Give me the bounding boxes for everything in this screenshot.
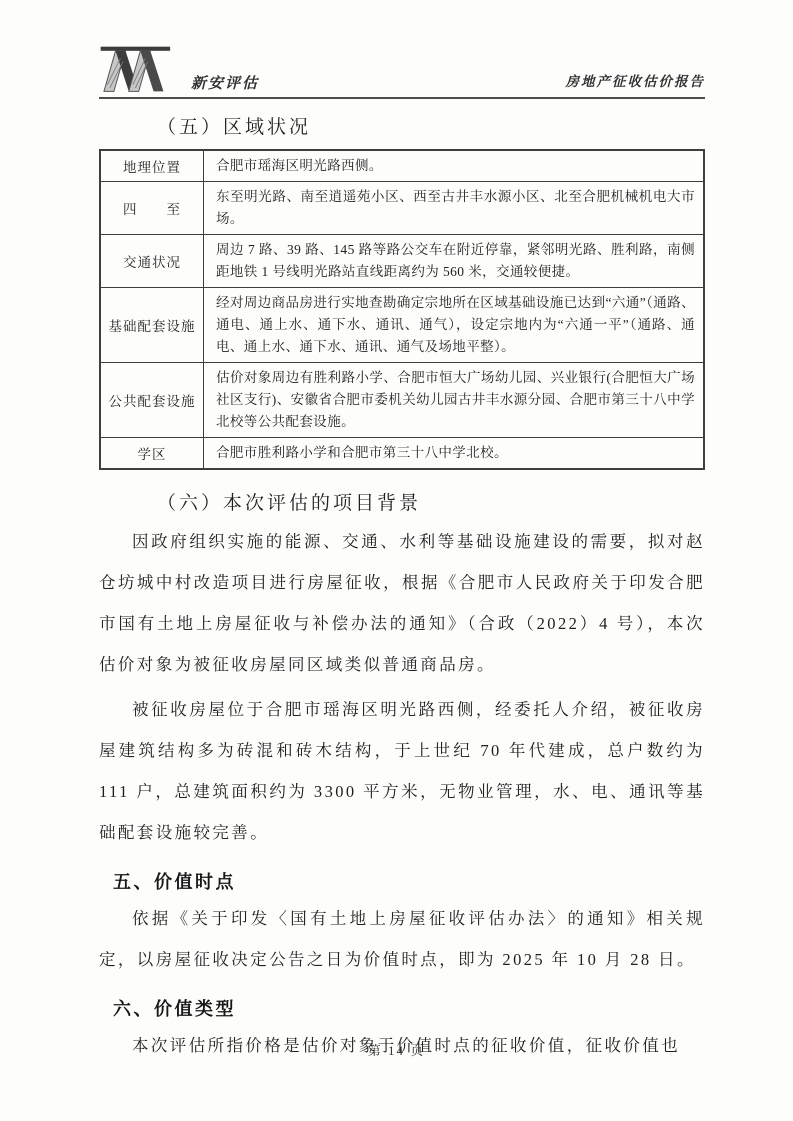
background-paragraph-1: 因政府组织实施的能源、交通、水利等基础设施建设的需要，拟对赵仓坊城中村改造项目进… xyxy=(99,521,705,685)
table-row: 地理位置 合肥市瑶海区明光路西侧。 xyxy=(101,151,703,181)
section-title-value-date: 五、价值时点 xyxy=(113,868,705,894)
table-row: 交通状况 周边 7 路、39 路、145 路等路公交车在附近停靠，紧邻明光路、胜… xyxy=(101,234,703,287)
row-label: 基础配套设施 xyxy=(101,288,204,362)
region-table: 地理位置 合肥市瑶海区明光路西侧。 四 至 东至明光路、南至逍遥苑小区、西至古井… xyxy=(99,149,705,470)
row-content: 合肥市胜利路小学和合肥市第三十八中学北校。 xyxy=(204,438,703,468)
table-row: 四 至 东至明光路、南至逍遥苑小区、西至古井丰水源小区、北至合肥机械机电大市场。 xyxy=(101,181,703,234)
page-content: 新安评估 房地产征收估价报告 （五）区域状况 地理位置 合肥市瑶海区明光路西侧。… xyxy=(99,44,705,1066)
table-row: 公共配套设施 估价对象周边有胜利路小学、合肥市恒大广场幼儿园、兴业银行(合肥恒大… xyxy=(101,362,703,437)
section-title-region: （五）区域状况 xyxy=(157,112,705,139)
row-content: 周边 7 路、39 路、145 路等路公交车在附近停靠，紧邻明光路、胜利路，南侧… xyxy=(204,235,703,287)
section-title-background: （六）本次评估的项目背景 xyxy=(157,488,705,515)
report-page: 新安评估 房地产征收估价报告 （五）区域状况 地理位置 合肥市瑶海区明光路西侧。… xyxy=(0,0,793,1121)
company-logo-icon xyxy=(99,44,185,94)
row-content: 经对周边商品房进行实地查勘确定宗地所在区域基础设施已达到“六通”（通路、通电、通… xyxy=(204,288,703,362)
row-label: 交通状况 xyxy=(101,235,204,287)
table-row: 学区 合肥市胜利路小学和合肥市第三十八中学北校。 xyxy=(101,437,703,468)
section-title-value-type: 六、价值类型 xyxy=(113,995,705,1021)
row-label: 公共配套设施 xyxy=(101,363,204,437)
company-brand: 新安评估 xyxy=(99,44,259,94)
row-content: 东至明光路、南至逍遥苑小区、西至古井丰水源小区、北至合肥机械机电大市场。 xyxy=(204,182,703,234)
page-number: 第 14 页 xyxy=(0,1040,793,1059)
row-label: 地理位置 xyxy=(101,151,204,181)
table-row: 基础配套设施 经对周边商品房进行实地查勘确定宗地所在区域基础设施已达到“六通”（… xyxy=(101,287,703,362)
row-content: 合肥市瑶海区明光路西侧。 xyxy=(204,151,703,181)
page-header: 新安评估 房地产征收估价报告 xyxy=(99,44,705,99)
report-type-label: 房地产征收估价报告 xyxy=(566,70,706,94)
row-content: 估价对象周边有胜利路小学、合肥市恒大广场幼儿园、兴业银行(合肥恒大广场社区支行)… xyxy=(204,363,703,437)
row-label: 学区 xyxy=(101,438,204,468)
company-name: 新安评估 xyxy=(191,72,259,94)
value-date-paragraph: 依据《关于印发〈国有土地上房屋征收评估办法〉的通知》相关规定，以房屋征收决定公告… xyxy=(99,898,705,980)
row-label: 四 至 xyxy=(101,182,204,234)
background-paragraph-2: 被征收房屋位于合肥市瑶海区明光路西侧，经委托人介绍，被征收房屋建筑结构多为砖混和… xyxy=(99,689,705,853)
